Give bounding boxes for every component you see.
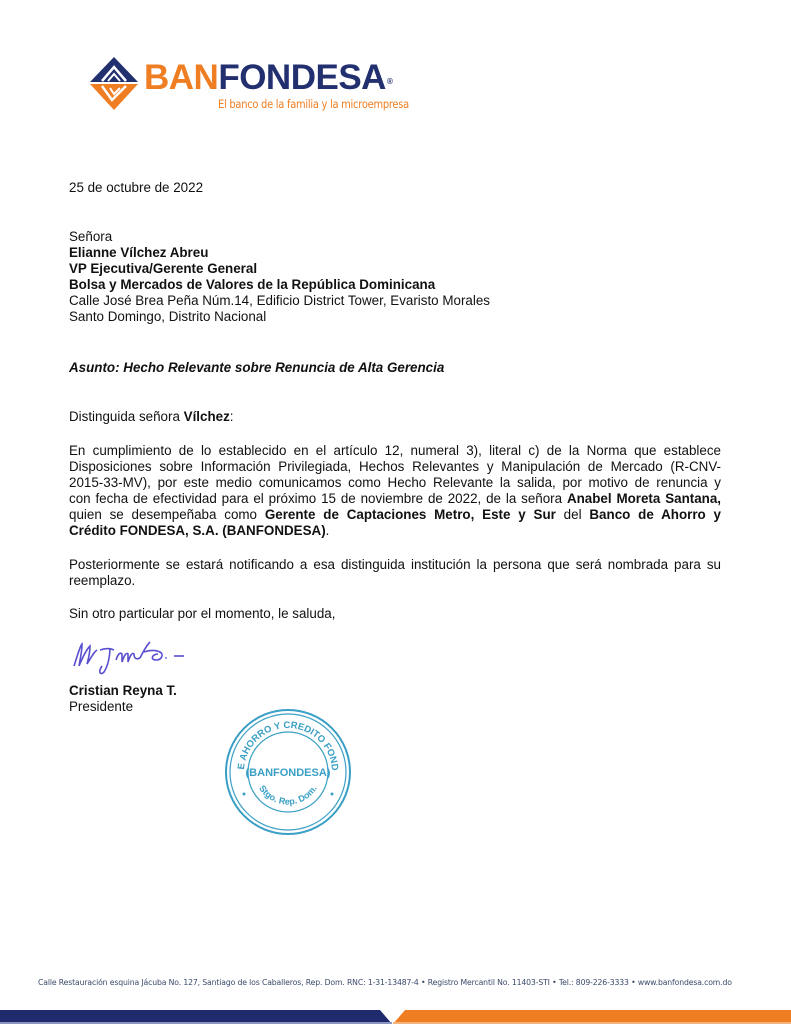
recipient-address-line1: Calle José Brea Peña Núm.14, Edificio Di… — [69, 293, 490, 309]
brand-tagline: El banco de la familia y la microempresa — [218, 97, 409, 111]
letter-date: 25 de octubre de 2022 — [69, 180, 203, 196]
paragraph-line: 2015-33-MV), por este medio comunicamos … — [69, 475, 721, 491]
paragraph-line: con fecha de efectividad para el próximo… — [69, 491, 721, 507]
position-title: Gerente de Captaciones Metro, Este y Sur — [265, 507, 556, 522]
resigning-person-name: Anabel Moreta Santana, — [567, 491, 721, 506]
recipient-organization: Bolsa y Mercados de Valores de la Repúbl… — [69, 277, 435, 293]
signatory-title: Presidente — [69, 699, 133, 715]
body-paragraph-1: En cumplimiento de lo establecido en el … — [69, 443, 721, 539]
paragraph-line: reemplazo. — [69, 573, 721, 589]
signatory-name: Cristian Reyna T. — [69, 683, 177, 699]
footer-contact-info: Calle Restauración esquina Jácuba No. 12… — [38, 977, 732, 987]
footer-color-band — [0, 1010, 791, 1024]
brand-name: BANFONDESA® — [144, 60, 391, 96]
paragraph-line: Posteriormente se estará notificando a e… — [69, 557, 721, 573]
company-stamp-icon: BANCO DE AHORRO Y CREDITO FONDESA, S.A. … — [222, 706, 354, 843]
stamp-bottom-text: Stgo. Rep. Dom. — [257, 783, 319, 806]
recipient-position: VP Ejecutiva/Gerente General — [69, 261, 257, 277]
letter-closing: Sin otro particular por el momento, le s… — [69, 606, 335, 622]
recipient-salutation-title: Señora — [69, 229, 112, 245]
signature-icon — [70, 636, 210, 681]
line-text: con fecha de efectividad para el próximo… — [69, 491, 567, 506]
registered-mark: ® — [387, 77, 392, 86]
svg-text:BANCO DE AHORRO Y CREDITO FOND: BANCO DE AHORRO Y CREDITO FONDESA, S.A. — [222, 706, 340, 771]
letterhead-logo: BANFONDESA® El banco de la familia y la … — [88, 55, 418, 115]
brand-part-ban: BAN — [144, 58, 218, 97]
letter-subject: Asunto: Hecho Relevante sobre Renuncia d… — [69, 360, 444, 376]
paragraph-line: Crédito FONDESA, S.A. (BANFONDESA). — [69, 523, 721, 539]
paragraph-line: En cumplimiento de lo establecido en el … — [69, 443, 721, 459]
greeting-prefix: Distinguida señora — [69, 409, 184, 424]
recipient-name: Elianne Vílchez Abreu — [69, 245, 208, 261]
bank-name-part2: Crédito FONDESA, S.A. (BANFONDESA) — [69, 523, 326, 538]
line-text: . — [326, 523, 330, 538]
stamp-center-text: (BANFONDESA) — [246, 767, 331, 779]
paragraph-line: Disposiciones sobre Información Privileg… — [69, 459, 721, 475]
greeting-name: Vílchez — [184, 409, 230, 424]
brand-part-fondesa: FONDESA — [218, 58, 386, 97]
greeting-suffix: : — [230, 409, 234, 424]
line-text: del — [556, 507, 590, 522]
stamp-outer-text: BANCO DE AHORRO Y CREDITO FONDESA, S.A. — [222, 706, 340, 771]
bank-name-part1: Banco de Ahorro y — [589, 507, 721, 522]
line-text: quien se desempeñaba como — [69, 507, 265, 522]
paragraph-line: quien se desempeñaba como Gerente de Cap… — [69, 507, 721, 523]
letter-greeting: Distinguida señora Vílchez: — [69, 409, 234, 425]
body-paragraph-2: Posteriormente se estará notificando a e… — [69, 557, 721, 589]
svg-text:Stgo. Rep. Dom.: Stgo. Rep. Dom. — [257, 783, 319, 806]
recipient-address-line2: Santo Domingo, Distrito Nacional — [69, 309, 266, 325]
diamond-logo-icon — [88, 55, 140, 111]
